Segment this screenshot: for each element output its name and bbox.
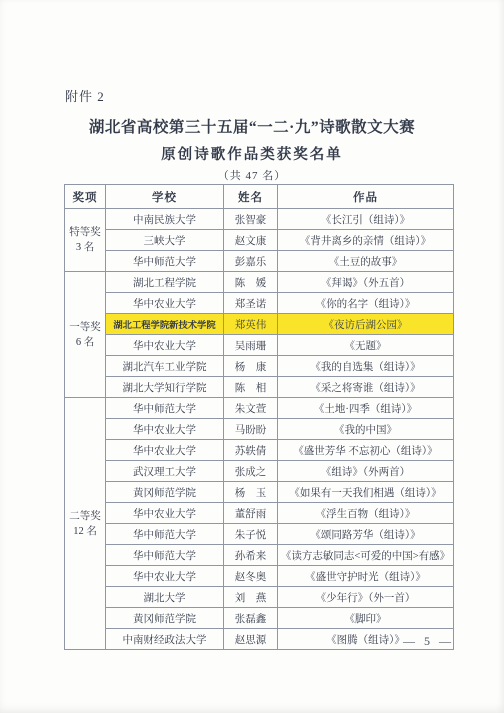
school-cell: 三峡大学 — [106, 230, 224, 251]
name-cell: 杨 玉 — [224, 482, 278, 503]
document-title-line1: 湖北省高校第三十五届“一二·九”诗歌散文大赛 — [0, 115, 504, 137]
table-row: 华中农业大学董舒雨《浮生百物（组诗）》 — [65, 503, 454, 524]
award-group-cell: 特等奖3 名 — [65, 209, 106, 272]
school-cell: 华中师范大学 — [106, 251, 224, 272]
table-row: 华中农业大学赵冬奥《盛世守护时光（组诗）》 — [65, 566, 454, 587]
awards-table: 奖项 学校 姓名 作品 特等奖3 名中南民族大学张智豪《长江引（组诗）》三峡大学… — [64, 184, 454, 650]
work-cell: 《如果有一天我们相遇（组诗）》 — [278, 482, 454, 503]
school-cell: 湖北大学知行学院 — [106, 377, 224, 398]
school-cell: 华中农业大学 — [106, 293, 224, 314]
school-cell: 华中师范大学 — [106, 545, 224, 566]
work-cell: 《拜谒》（外五首） — [278, 272, 454, 293]
table-row: 华中师范大学孙希来《读方志敏同志<可爱的中国>有感》 — [65, 545, 454, 566]
col-header-school: 学校 — [106, 185, 224, 209]
document-page: 附件 2 湖北省高校第三十五届“一二·九”诗歌散文大赛 原创诗歌作品类获奖名单 … — [0, 0, 504, 713]
school-cell: 华中农业大学 — [106, 335, 224, 356]
name-cell: 郑圣诺 — [224, 293, 278, 314]
name-cell: 赵文康 — [224, 230, 278, 251]
work-cell: 《无题》 — [278, 335, 454, 356]
work-cell: 《你的名字（组诗）》 — [278, 293, 454, 314]
school-cell: 黄冈师范学院 — [106, 608, 224, 629]
name-cell: 朱子悦 — [224, 524, 278, 545]
award-tier-count: 12 名 — [65, 524, 105, 539]
award-group-cell: 一等奖6 名 — [65, 272, 106, 398]
work-cell: 《组诗》（外两首） — [278, 461, 454, 482]
table-row: 湖北工程学院新技术学院郑英伟《夜访后湖公园》 — [65, 314, 454, 335]
name-cell: 陈 媛 — [224, 272, 278, 293]
work-cell: 《少年行》（外一首） — [278, 587, 454, 608]
work-cell: 《采之将寄谁（组诗）》 — [278, 377, 454, 398]
work-cell: 《盛世芳华 不忘初心（组诗）》 — [278, 440, 454, 461]
name-cell: 朱文萱 — [224, 398, 278, 419]
school-cell: 华中农业大学 — [106, 503, 224, 524]
name-cell: 马盼盼 — [224, 419, 278, 440]
school-cell: 华中师范大学 — [106, 398, 224, 419]
name-cell: 彭嘉乐 — [224, 251, 278, 272]
award-tier-count: 3 名 — [65, 240, 105, 255]
name-cell: 苏轶倩 — [224, 440, 278, 461]
name-cell: 张成之 — [224, 461, 278, 482]
table-row: 特等奖3 名中南民族大学张智豪《长江引（组诗）》 — [65, 209, 454, 230]
work-cell: 《土豆的故事》 — [278, 251, 454, 272]
school-cell: 湖北工程学院新技术学院 — [106, 314, 224, 335]
school-cell: 中南财经政法大学 — [106, 629, 224, 650]
school-cell: 华中师范大学 — [106, 524, 224, 545]
table-row: 华中农业大学马盼盼《我的中国》 — [65, 419, 454, 440]
page-number: — 5 — — [403, 634, 454, 649]
award-tier-count: 6 名 — [65, 335, 105, 350]
col-header-name: 姓名 — [224, 185, 278, 209]
name-cell: 刘 燕 — [224, 587, 278, 608]
table-row: 中南财经政法大学赵思源《图腾（组诗）》 — [65, 629, 454, 650]
col-header-award: 奖项 — [65, 185, 106, 209]
work-cell: 《颂同路芳华（组诗）》 — [278, 524, 454, 545]
table-row: 华中师范大学朱子悦《颂同路芳华（组诗）》 — [65, 524, 454, 545]
award-tier-label: 特等奖 — [65, 225, 105, 240]
work-cell: 《盛世守护时光（组诗）》 — [278, 566, 454, 587]
table-row: 一等奖6 名湖北工程学院陈 媛《拜谒》（外五首） — [65, 272, 454, 293]
name-cell: 郑英伟 — [224, 314, 278, 335]
work-cell: 《我的中国》 — [278, 419, 454, 440]
school-cell: 华中农业大学 — [106, 419, 224, 440]
work-cell: 《浮生百物（组诗）》 — [278, 503, 454, 524]
school-cell: 黄冈师范学院 — [106, 482, 224, 503]
table-row: 华中农业大学郑圣诺《你的名字（组诗）》 — [65, 293, 454, 314]
table-header-row: 奖项 学校 姓名 作品 — [65, 185, 454, 209]
work-cell: 《土地·四季（组诗）》 — [278, 398, 454, 419]
table-row: 黄冈师范学院杨 玉《如果有一天我们相遇（组诗）》 — [65, 482, 454, 503]
name-cell: 赵冬奥 — [224, 566, 278, 587]
work-cell: 《读方志敏同志<可爱的中国>有感》 — [278, 545, 454, 566]
award-tier-label: 一等奖 — [65, 320, 105, 335]
work-cell: 《夜访后湖公园》 — [278, 314, 454, 335]
work-cell: 《背井离乡的亲情（组诗）》 — [278, 230, 454, 251]
school-cell: 湖北大学 — [106, 587, 224, 608]
table-row: 黄冈师范学院张磊鑫《脚印》 — [65, 608, 454, 629]
col-header-work: 作品 — [278, 185, 454, 209]
work-cell: 《脚印》 — [278, 608, 454, 629]
work-cell: 《我的自选集（组诗）》 — [278, 356, 454, 377]
name-cell: 张磊鑫 — [224, 608, 278, 629]
table-row: 华中农业大学苏轶倩《盛世芳华 不忘初心（组诗）》 — [65, 440, 454, 461]
name-cell: 董舒雨 — [224, 503, 278, 524]
award-group-cell: 二等奖12 名 — [65, 398, 106, 650]
table-row: 湖北汽车工业学院杨 康《我的自选集（组诗）》 — [65, 356, 454, 377]
table-row: 湖北大学知行学院陈 相《采之将寄谁（组诗）》 — [65, 377, 454, 398]
name-cell: 孙希来 — [224, 545, 278, 566]
name-cell: 张智豪 — [224, 209, 278, 230]
table-row: 二等奖12 名华中师范大学朱文萱《土地·四季（组诗）》 — [65, 398, 454, 419]
name-cell: 吴雨珊 — [224, 335, 278, 356]
school-cell: 湖北汽车工业学院 — [106, 356, 224, 377]
table-row: 武汉理工大学张成之《组诗》（外两首） — [65, 461, 454, 482]
name-cell: 杨 康 — [224, 356, 278, 377]
table-row: 华中农业大学吴雨珊《无题》 — [65, 335, 454, 356]
name-cell: 赵思源 — [224, 629, 278, 650]
table-row: 华中师范大学彭嘉乐《土豆的故事》 — [65, 251, 454, 272]
school-cell: 中南民族大学 — [106, 209, 224, 230]
school-cell: 湖北工程学院 — [106, 272, 224, 293]
award-tier-label: 二等奖 — [65, 509, 105, 524]
attachment-label: 附件 2 — [65, 86, 105, 105]
table-row: 湖北大学刘 燕《少年行》（外一首） — [65, 587, 454, 608]
winner-count-note: （共 47 名） — [0, 167, 504, 183]
table-row: 三峡大学赵文康《背井离乡的亲情（组诗）》 — [65, 230, 454, 251]
work-cell: 《长江引（组诗）》 — [278, 209, 454, 230]
school-cell: 华中农业大学 — [106, 440, 224, 461]
school-cell: 武汉理工大学 — [106, 461, 224, 482]
name-cell: 陈 相 — [224, 377, 278, 398]
document-title-line2: 原创诗歌作品类获奖名单 — [0, 143, 504, 164]
school-cell: 华中农业大学 — [106, 566, 224, 587]
